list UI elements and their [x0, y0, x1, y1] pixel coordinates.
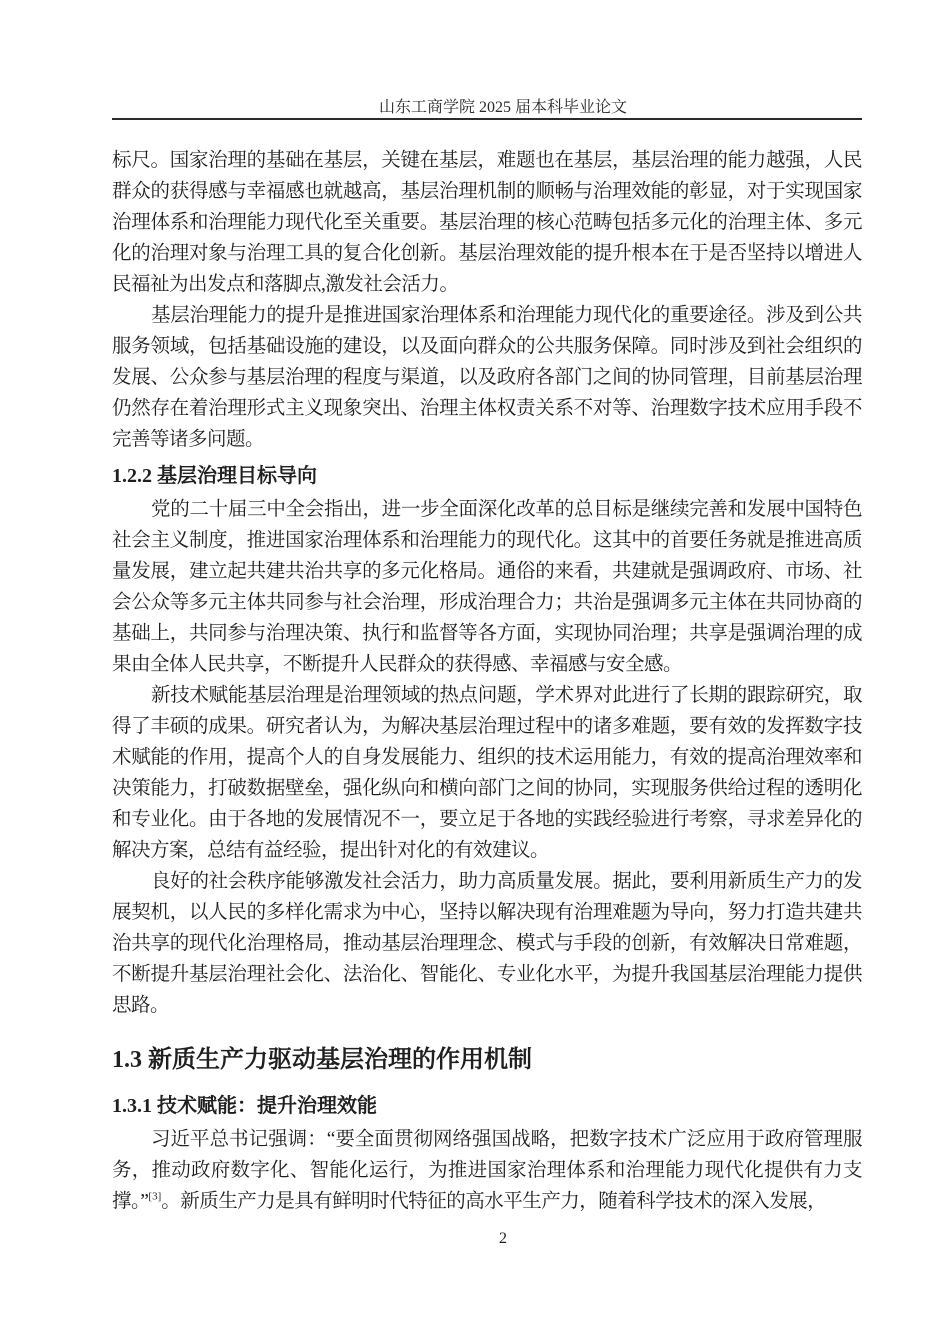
paragraph-continuation: 标尺。国家治理的基础在基层，关键在基层，难题也在基层，基层治理的能力越强，人民群… [112, 145, 862, 300]
paragraph-xi-quote: 习近平总书记强调：“要全面贯彻网络强国战略，把数字技术广泛应用于政府管理服务，推… [112, 1124, 862, 1217]
quote-continuation-text: 。新质生产力是具有鲜明时代特征的高水平生产力，随着科学技术的深入发展， [161, 1191, 826, 1212]
page-body: 标尺。国家治理的基础在基层，关键在基层，难题也在基层，基层治理的能力越强，人民群… [112, 120, 862, 1217]
citation-ref-3: [3] [148, 1191, 161, 1203]
thesis-page: 山东工商学院 2025 届本科毕业论文 标尺。国家治理的基础在基层，关键在基层，… [0, 0, 950, 1344]
paragraph-governance-path: 基层治理能力的提升是推进国家治理体系和治理能力现代化的重要途径。涉及到公共服务领… [112, 300, 862, 455]
page-footer: 2 [112, 1228, 862, 1250]
paragraph-plenum: 党的二十届三中全会指出，进一步全面深化改革的总目标是继续完善和发展中国特色社会主… [112, 494, 862, 680]
section-heading-1-3: 1.3 新质生产力驱动基层治理的作用机制 [112, 1043, 862, 1078]
subsection-heading-1-2-2: 1.2.2 基层治理目标导向 [112, 461, 862, 492]
paragraph-social-order: 良好的社会秩序能够激发社会活力，助力高质量发展。据此，要利用新质生产力的发展契机… [112, 866, 862, 1021]
header-title: 山东工商学院 2025 届本科毕业论文 [128, 97, 878, 118]
page-number: 2 [499, 1230, 507, 1247]
page-header: 山东工商学院 2025 届本科毕业论文 [112, 0, 862, 120]
subsection-heading-1-3-1: 1.3.1 技术赋能：提升治理效能 [112, 1091, 862, 1122]
paragraph-research: 新技术赋能基层治理是治理领域的热点问题，学术界对此进行了长期的跟踪研究，取得了丰… [112, 680, 862, 866]
